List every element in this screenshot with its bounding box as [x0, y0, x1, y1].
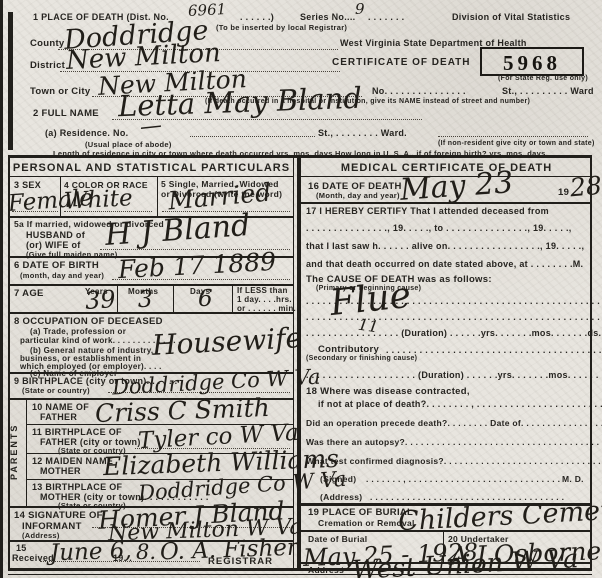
signed-md: M. D.: [562, 474, 584, 484]
age-days-value: 6: [198, 288, 213, 311]
nonresident-note: (If non-resident give city or town and s…: [438, 140, 595, 147]
dod-year-value: 28: [569, 173, 602, 201]
filed-number: 15: [16, 543, 27, 553]
dod-value: May 23: [399, 168, 514, 206]
fullname-label: 2 FULL NAME: [33, 108, 99, 119]
series-no-label: Series No....: [300, 12, 355, 22]
contributory-dots: . . . . . . . . . . . . . . . . . . . . …: [386, 345, 602, 355]
q18-line-2: if not at place of death?. . . . . . . .…: [318, 399, 602, 409]
father-name-label-1: 10 NAME OF: [32, 402, 89, 412]
series-note: (To be inserted by local Registrar): [216, 23, 347, 32]
registrar-signature: O. A. Fisher: [160, 537, 299, 565]
age-label: 7 AGE: [14, 288, 44, 299]
scan-left-edge: [0, 0, 3, 578]
residence-mark: —: [139, 115, 163, 139]
father-name-label-2: FATHER: [40, 412, 77, 422]
abode-note: (Usual place of abode): [85, 140, 172, 149]
certify-line-1: 17 I HEREBY CERTIFY That I attended dece…: [306, 206, 549, 216]
marital-value: Married: [167, 180, 272, 214]
age-years-value: 39: [84, 287, 116, 313]
dob-value: Feb 17 1889: [117, 249, 276, 282]
state-reg-note: (For State Reg. use only): [498, 75, 588, 82]
autopsy-line: Was there an autopsy?. . . . . . . . . .…: [306, 437, 602, 447]
certify-line-2: . . . . . . . . . . . . . . ., 19. . . .…: [306, 223, 572, 233]
age-months-value: 3: [138, 289, 153, 312]
place-of-death-suffix: . . . . . .): [240, 12, 274, 22]
dob-sub: (month, day and year): [20, 271, 104, 280]
cause-ditto-mark: 11: [357, 317, 379, 336]
series-no-dots: . . . . . . .: [368, 12, 404, 22]
residence-st-ward: St., . . . . . . . . Ward.: [318, 128, 407, 138]
parents-vertical-label: PARENTS: [9, 400, 25, 504]
signed-dots: . . . . . . . , . . . . . . . . . . . . …: [366, 474, 560, 484]
town-st-ward: St., . . . . . . . . . Ward: [502, 86, 594, 96]
father-bp-label-1: 11 BIRTHPLACE OF: [32, 427, 122, 437]
husband-label-4: (Give full maiden name): [26, 250, 118, 259]
mother-bp-label-1: 13 BIRTHPLACE OF: [32, 482, 122, 492]
test-line: What test confirmed diagnosis?. . . . . …: [306, 456, 602, 466]
father-name-value: Criss C Smith: [95, 395, 271, 426]
district-label: District: [30, 60, 65, 71]
certify-line-3: that I last saw h. . . . . . alive on. .…: [306, 241, 584, 251]
informant-label-3: (Address): [22, 531, 60, 540]
residence-dotted-line: [190, 136, 315, 137]
age-note-1: If LESS than: [237, 286, 288, 295]
husband-value: H J Bland: [104, 211, 251, 251]
age-note-2: 1 day. . . .hrs.: [237, 295, 292, 304]
husband-label-3: (or) WIFE of: [26, 240, 81, 250]
row-6-bottom: [8, 284, 294, 286]
occupation-label: 8 OCCUPATION OF DECEASED: [14, 316, 163, 327]
death-certificate-scan: 1 PLACE OF DEATH (Dist. No. 6961 . . . .…: [0, 0, 602, 578]
mother-name-label-1: 12 MAIDEN NAME: [32, 456, 113, 466]
operation-line: Did an operation precede death?. . . . .…: [306, 418, 602, 428]
certify-line-4: and that death occurred on date stated a…: [306, 259, 583, 269]
parents-inner-border: [26, 398, 27, 506]
column-divider-thick: [297, 155, 301, 570]
residence-dotted-line-2: [438, 136, 588, 137]
residence-label: (a) Residence. No.: [45, 128, 128, 138]
informant-label-1: 14 SIGNATURE OF: [14, 510, 103, 521]
race-marital-divider: [157, 176, 158, 216]
dod-sub: (Month, day and year): [316, 191, 400, 200]
contributory-sub: (Secondary or finishing cause): [306, 355, 417, 362]
series-no-value: 9: [355, 2, 365, 17]
contributory-label: Contributory: [318, 344, 379, 355]
division-label: Division of Vital Statistics: [452, 12, 570, 22]
duration-line-1: . . . . . . . . . . . . . . . . . (Durat…: [306, 328, 601, 338]
duration-line-2: . . . . . . . . . . . . . . . . . . . . …: [306, 370, 602, 380]
age-div-3: [232, 284, 233, 312]
q18-line-1: 18 Where was disease contracted,: [306, 386, 470, 397]
dob-label: 6 DATE OF BIRTH: [14, 260, 99, 271]
filed-year-value: 8.: [136, 542, 156, 563]
age-div-1: [117, 284, 118, 312]
husband-label-2: HUSBAND of: [26, 230, 85, 240]
left-title-underline: [8, 176, 294, 177]
left-column-title: PERSONAL AND STATISTICAL PARTICULARS: [10, 162, 293, 174]
mother-name-label-2: MOTHER: [40, 466, 81, 476]
age-div-2: [173, 284, 174, 312]
certificate-number-box: 5968: [480, 47, 584, 76]
race-value: White: [63, 187, 133, 214]
town-label: Town or City: [30, 86, 90, 97]
address-label: (Address): [320, 492, 362, 502]
occupation-a1: (a) Trade, profession or: [30, 327, 126, 336]
occupation-value: Housewife: [151, 324, 302, 360]
town-no-line: No. . . . . . . . . . . . . . .: [372, 86, 466, 96]
filed-date-value: June 6,: [50, 540, 132, 566]
county-label: County: [30, 38, 65, 49]
binding-bar: [8, 12, 13, 150]
birthplace-sub: (State or country): [22, 386, 90, 395]
certificate-title: CERTIFICATE OF DEATH: [332, 57, 471, 68]
dod-year-printed: 19: [558, 187, 569, 198]
